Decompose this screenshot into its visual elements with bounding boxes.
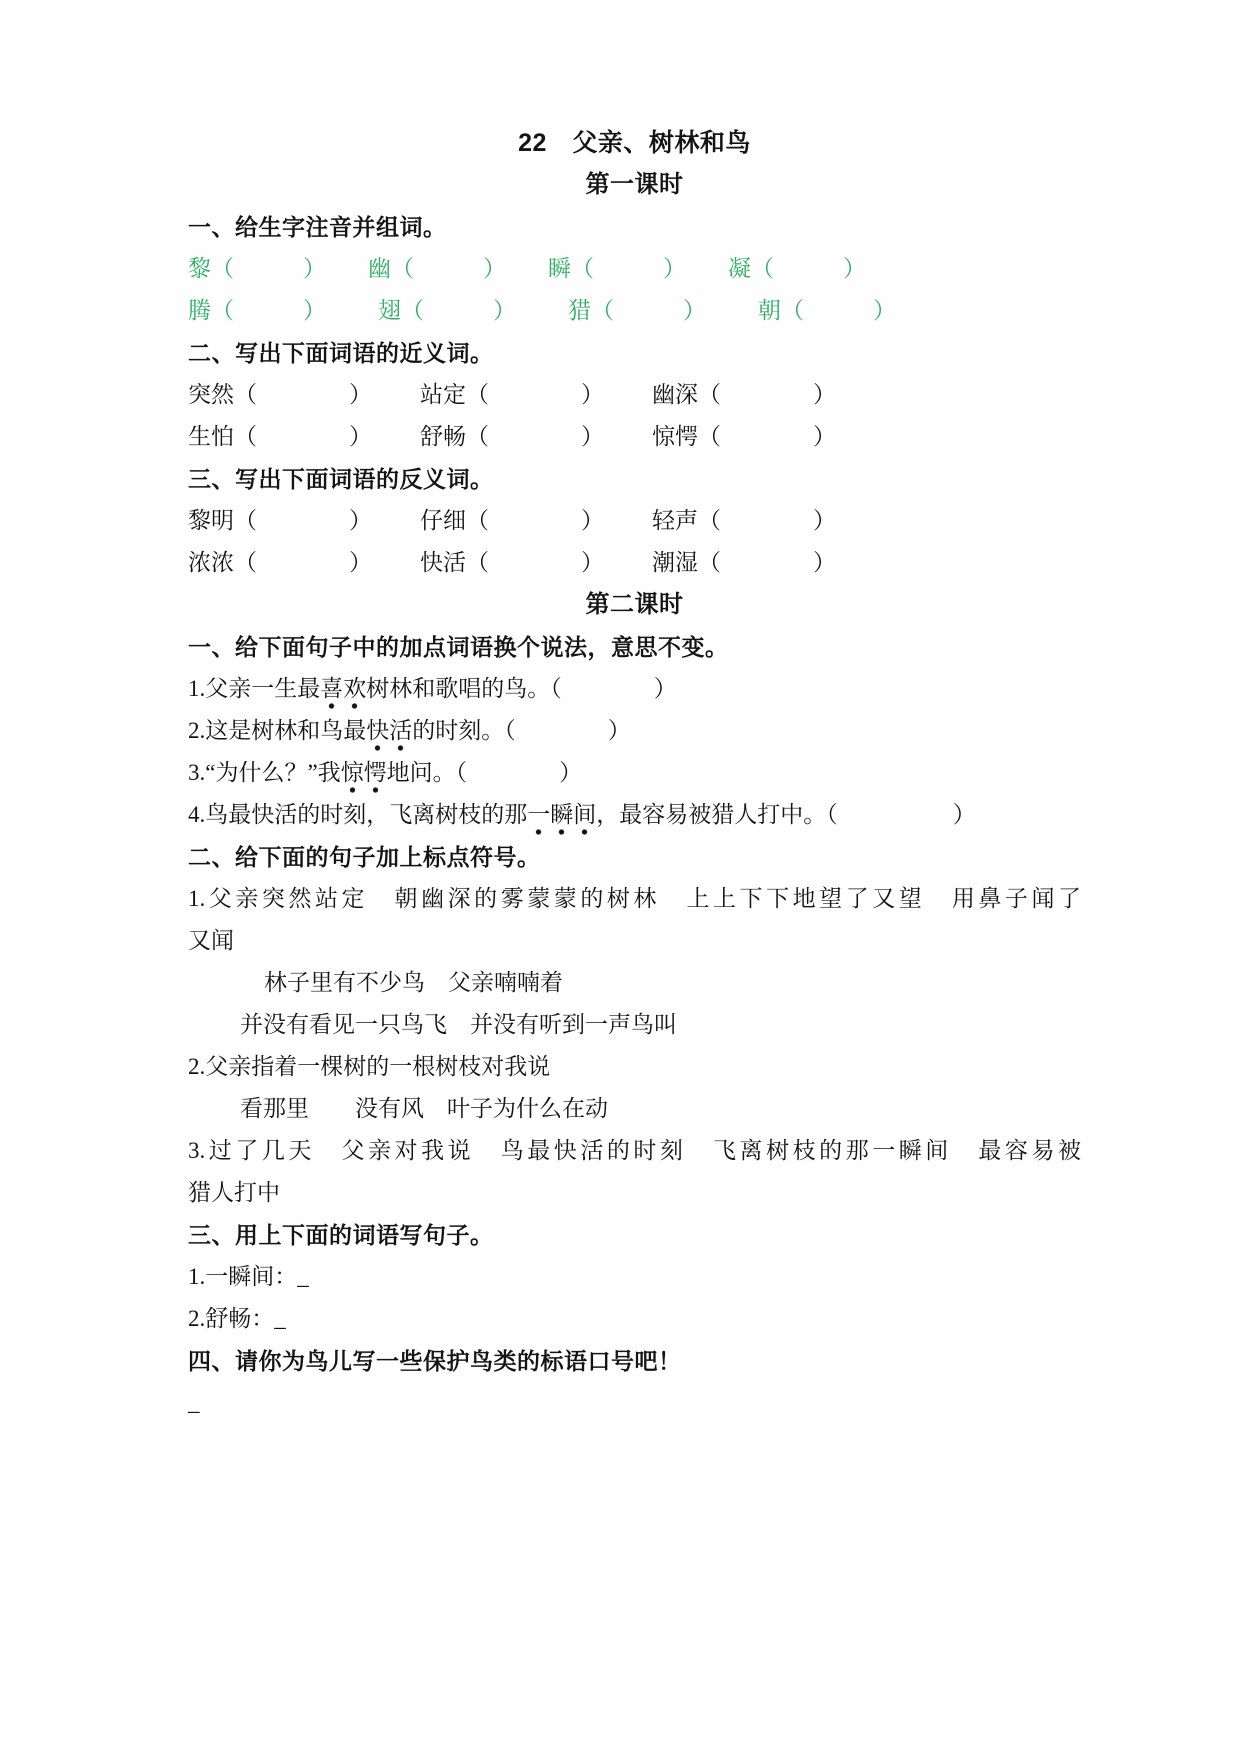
answer-blank: （ ） (466, 508, 604, 533)
write-blank: _ (297, 1264, 309, 1289)
word-item: 惊愕（ ） (652, 416, 836, 458)
punct-item1-line1: 1.父亲突然站定 朝幽深的雾蒙蒙的树林 上上下下地望了又望 用鼻子闻了 (188, 878, 1081, 920)
answer-blank: （ ） (391, 256, 506, 281)
target-char: 翅 (378, 298, 401, 323)
answer-blank: （ ） (401, 298, 516, 323)
word: 轻声 (652, 508, 698, 533)
p1-q3-heading: 三、写出下面词语的反义词。 (188, 458, 1081, 500)
p1-q2-heading: 二、写出下面词语的近义词。 (188, 332, 1081, 374)
word: 浓浓 (188, 550, 234, 575)
pinyin-row-1: 黎（ ） 幽（ ） 瞬（ ） 凝（ ） (188, 248, 1081, 290)
answer-blank: （ ） (211, 298, 326, 323)
answer-blank: （ ） (571, 256, 686, 281)
answer-blank: （ ） (234, 382, 372, 407)
pinyin-item: 瞬（ ） (548, 248, 686, 290)
write-sentence-1: 1.一瞬间：_ (188, 1256, 1081, 1298)
sentence-4: 4.鸟最快活的时刻，飞离树枝的那一瞬间，最容易被猎人打中。（ ） (188, 794, 1081, 836)
answer-blank: （ ） (466, 382, 604, 407)
emphasized-word: 快活 (366, 718, 412, 752)
punct-item1-line2: 又闻 (188, 920, 1081, 962)
sentence-pre: 3.“为什么？”我 (188, 760, 341, 785)
word: 快活 (420, 550, 466, 575)
word-item: 幽深（ ） (652, 374, 836, 416)
word-item: 仔细（ ） (420, 500, 604, 542)
word: 站定 (420, 382, 466, 407)
emphasized-word: 喜欢 (320, 676, 366, 710)
antonym-row-1: 黎明（ ） 仔细（ ） 轻声（ ） (188, 500, 1081, 542)
sentence-pre: 2.这是树林和鸟最 (188, 718, 366, 743)
target-char: 幽 (368, 256, 391, 281)
word: 惊愕 (652, 424, 698, 449)
p2-q1-heading: 一、给下面句子中的加点词语换个说法，意思不变。 (188, 626, 1081, 668)
pinyin-item: 黎（ ） (188, 248, 326, 290)
word: 幽深 (652, 382, 698, 407)
target-char: 猎 (568, 298, 591, 323)
punct-item1-line3: 林子里有不少鸟 父亲喃喃着 (188, 962, 1081, 1004)
word-item: 浓浓（ ） (188, 542, 372, 584)
word-item: 轻声（ ） (652, 500, 836, 542)
target-char: 凝 (728, 256, 751, 281)
pinyin-item: 猎（ ） (568, 290, 706, 332)
synonym-row-2: 生怕（ ） 舒畅（ ） 惊愕（ ） (188, 416, 1081, 458)
punct-item2-line2: 看那里 没有风 叶子为什么在动 (188, 1088, 1081, 1130)
p2-q2-heading: 二、给下面的句子加上标点符号。 (188, 836, 1081, 878)
sentence-post: 的时刻。（ ） (412, 718, 631, 743)
answer-blank: （ ） (234, 508, 372, 533)
word: 突然 (188, 382, 234, 407)
answer-blank: （ ） (466, 424, 604, 449)
answer-blank: （ ） (698, 382, 836, 407)
answer-blank: （ ） (781, 298, 896, 323)
pinyin-item: 凝（ ） (728, 248, 866, 290)
sentence-post: 树林和歌唱的鸟。（ ） (366, 676, 677, 701)
sentence-post: ，最容易被猎人打中。（ ） (596, 802, 976, 827)
word-item: 黎明（ ） (188, 500, 372, 542)
p1-q1-heading: 一、给生字注音并组词。 (188, 206, 1081, 248)
word-label: 2.舒畅： (188, 1306, 274, 1331)
word-item: 快活（ ） (420, 542, 604, 584)
sentence-1: 1.父亲一生最喜欢树林和歌唱的鸟。（ ） (188, 668, 1081, 710)
word-item: 突然（ ） (188, 374, 372, 416)
punct-item2-line1: 2.父亲指着一棵树的一根树枝对我说 (188, 1046, 1081, 1088)
target-char: 腾 (188, 298, 211, 323)
answer-blank: （ ） (234, 424, 372, 449)
punct-item3-line2: 猎人打中 (188, 1172, 1081, 1214)
p2-q3-heading: 三、用上下面的词语写句子。 (188, 1214, 1081, 1256)
answer-blank: （ ） (591, 298, 706, 323)
write-blank: _ (274, 1306, 286, 1331)
session-1-heading: 第一课时 (188, 164, 1081, 206)
word: 仔细 (420, 508, 466, 533)
antonym-row-2: 浓浓（ ） 快活（ ） 潮湿（ ） (188, 542, 1081, 584)
target-char: 瞬 (548, 256, 571, 281)
sentence-post: 地问。（ ） (387, 760, 583, 785)
answer-blank: （ ） (698, 424, 836, 449)
synonym-row-1: 突然（ ） 站定（ ） 幽深（ ） (188, 374, 1081, 416)
answer-blank: （ ） (211, 256, 326, 281)
word-item: 潮湿（ ） (652, 542, 836, 584)
pinyin-item: 幽（ ） (368, 248, 506, 290)
p2-q4-heading: 四、请你为鸟儿写一些保护鸟类的标语口号吧！ (188, 1340, 1081, 1382)
pinyin-item: 腾（ ） (188, 290, 326, 332)
word-item: 生怕（ ） (188, 416, 372, 458)
answer-blank: （ ） (698, 550, 836, 575)
word-item: 舒畅（ ） (420, 416, 604, 458)
pinyin-item: 朝（ ） (758, 290, 896, 332)
session-2-heading: 第二课时 (188, 584, 1081, 626)
word-item: 站定（ ） (420, 374, 604, 416)
sentence-pre: 1.父亲一生最 (188, 676, 320, 701)
lesson-title: 22 父亲、树林和鸟 (188, 122, 1081, 164)
word-label: 1.一瞬间： (188, 1264, 297, 1289)
emphasized-word: 一瞬间 (527, 802, 596, 836)
answer-blank: （ ） (466, 550, 604, 575)
write-sentence-2: 2.舒畅：_ (188, 1298, 1081, 1340)
word: 舒畅 (420, 424, 466, 449)
word: 黎明 (188, 508, 234, 533)
sentence-3: 3.“为什么？”我惊愕地问。（ ） (188, 752, 1081, 794)
target-char: 朝 (758, 298, 781, 323)
punct-item3-line1: 3.过了几天 父亲对我说 鸟最快活的时刻 飞离树枝的那一瞬间 最容易被 (188, 1130, 1081, 1172)
target-char: 黎 (188, 256, 211, 281)
word: 潮湿 (652, 550, 698, 575)
answer-blank: （ ） (698, 508, 836, 533)
slogan-blank: _ (188, 1382, 1081, 1424)
answer-blank: （ ） (234, 550, 372, 575)
sentence-2: 2.这是树林和鸟最快活的时刻。（ ） (188, 710, 1081, 752)
punct-item1-line4: 并没有看见一只鸟飞 并没有听到一声鸟叫 (188, 1004, 1081, 1046)
sentence-pre: 4.鸟最快活的时刻，飞离树枝的那 (188, 802, 527, 827)
answer-blank: （ ） (751, 256, 866, 281)
pinyin-row-2: 腾（ ） 翅（ ） 猎（ ） 朝（ ） (188, 290, 1081, 332)
worksheet-page: 22 父亲、树林和鸟 第一课时 一、给生字注音并组词。 黎（ ） 幽（ ） 瞬（… (0, 0, 1241, 1754)
emphasized-word: 惊愕 (341, 760, 387, 794)
pinyin-item: 翅（ ） (378, 290, 516, 332)
word: 生怕 (188, 424, 234, 449)
